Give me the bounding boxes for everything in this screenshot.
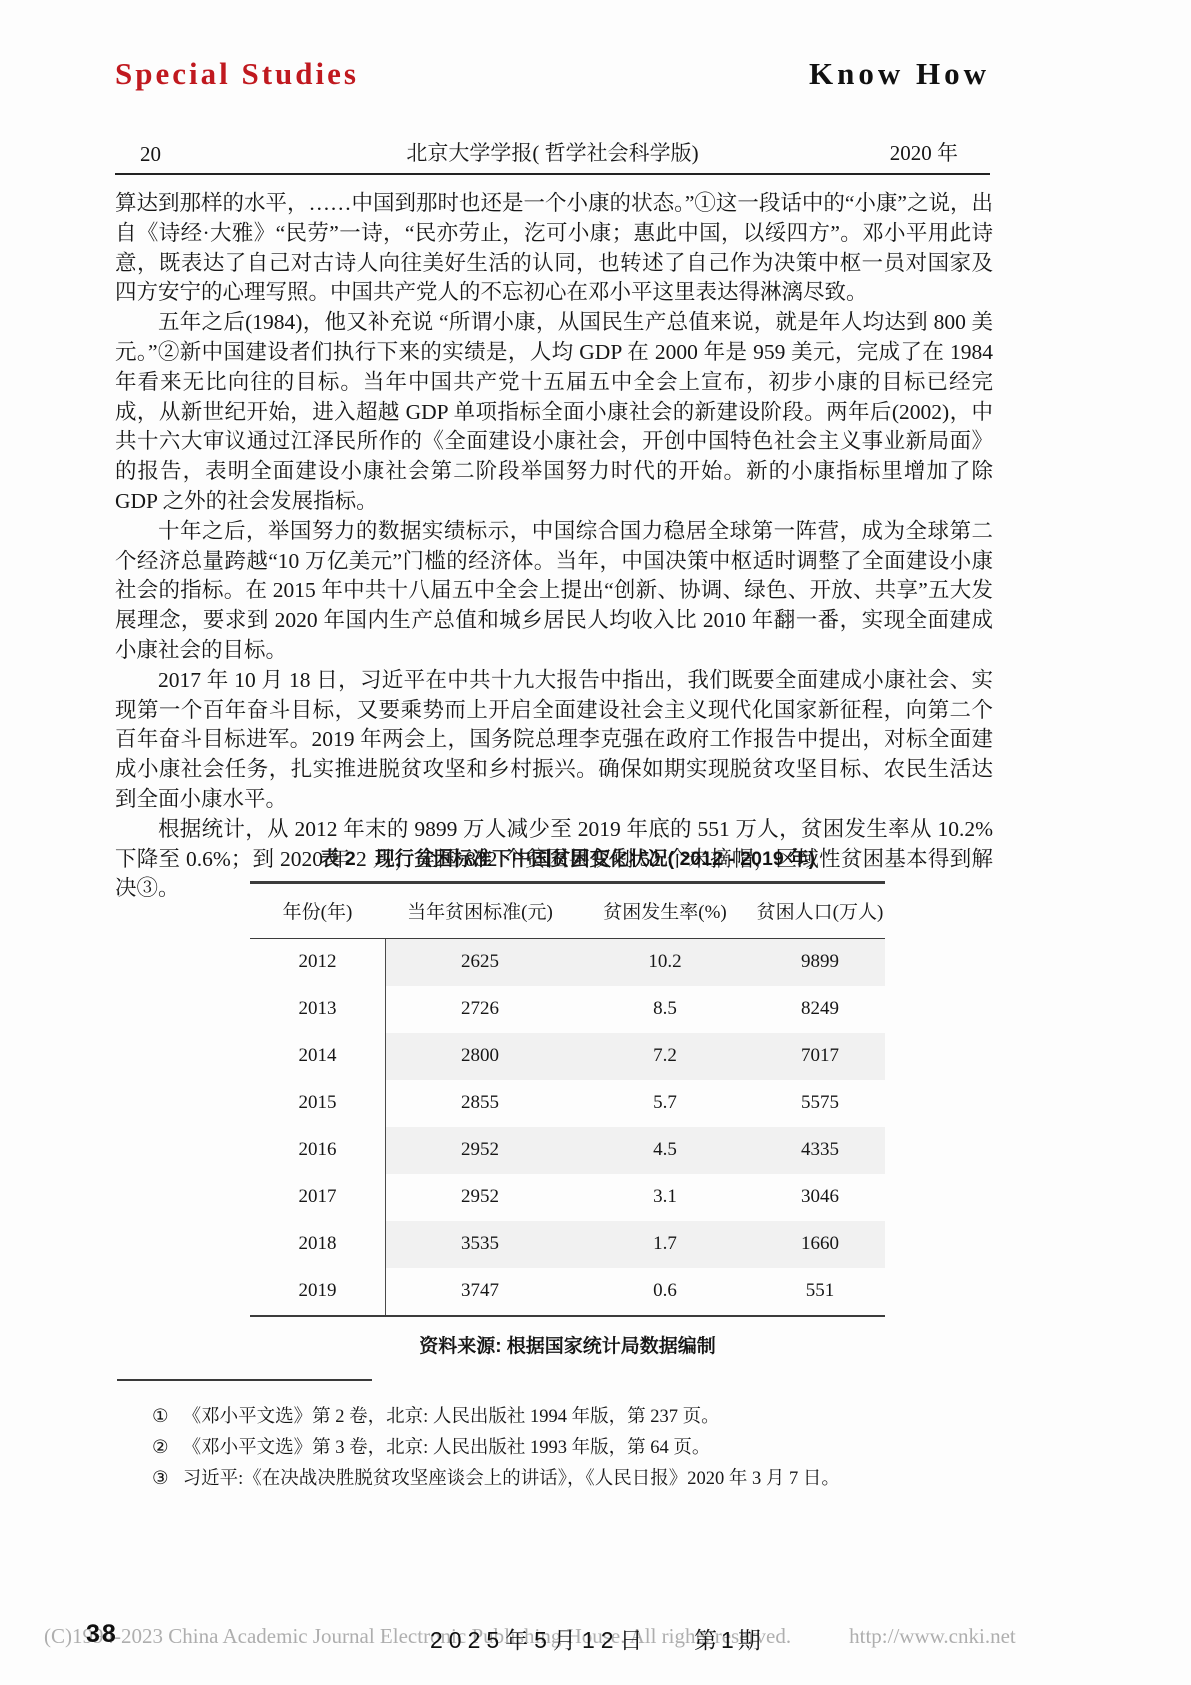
cell-standard: 3535 (385, 1221, 575, 1268)
table-caption: 表 2 现行贫困标准下中国贫困变化状况( 2012 - 2019 年) (250, 843, 885, 871)
paragraph: 五年之后(1984)，他又补充说 “所谓小康，从国民生产总值来说，就是年人均达到… (115, 308, 993, 517)
footer-date: 2025年5月12日 (430, 1622, 649, 1655)
table-row: 2015 2855 5.7 5575 (250, 1080, 885, 1127)
cell-standard: 2952 (385, 1174, 575, 1221)
cell-rate: 0.6 (575, 1268, 755, 1315)
cell-population: 4335 (755, 1127, 885, 1174)
table-row: 2016 2952 4.5 4335 (250, 1127, 885, 1174)
footnote-text: 习近平:《在决战决胜脱贫攻坚座谈会上的讲话》，《人民日报》2020 年 3 月 … (183, 1464, 993, 1495)
cell-population: 5575 (755, 1080, 885, 1127)
cell-standard: 2625 (385, 939, 575, 986)
cell-rate: 4.5 (575, 1127, 755, 1174)
cell-rate: 8.5 (575, 986, 755, 1033)
footnote: ③ 习近平:《在决战决胜脱贫攻坚座谈会上的讲话》，《人民日报》2020 年 3 … (115, 1464, 993, 1495)
paragraph: 2017 年 10 月 18 日，习近平在中共十九大报告中指出，我们既要全面建成… (115, 666, 993, 815)
section-label: Special Studies (115, 56, 359, 92)
pdf-page-number: 38 (86, 1620, 118, 1649)
cell-year: 2018 (250, 1221, 385, 1268)
table-row: 2013 2726 8.5 8249 (250, 986, 885, 1033)
footnotes: ① 《邓小平文选》第 2 卷，北京: 人民出版社 1994 年版，第 237 页… (115, 1402, 993, 1495)
cell-population: 7017 (755, 1033, 885, 1080)
journal-title: 北京大学学报( 哲学社会科学版) (115, 137, 990, 167)
eyebrow-header: Special Studies Know How (115, 56, 990, 92)
table-source: 资料来源: 根据国家统计局数据编制 (250, 1331, 885, 1358)
column-header-population: 贫困人口(万人) (755, 897, 885, 924)
column-header-rate: 贫困发生率(%) (575, 897, 755, 924)
cell-year: 2013 (250, 986, 385, 1033)
footnote-text: 《邓小平文选》第 3 卷，北京: 人民出版社 1993 年版，第 64 页。 (183, 1433, 993, 1464)
cell-standard: 3747 (385, 1268, 575, 1315)
cell-rate: 7.2 (575, 1033, 755, 1080)
column-label: Know How (809, 56, 990, 92)
cell-population: 3046 (755, 1174, 885, 1221)
watermark-url: http://www.cnki.net (849, 1624, 1016, 1649)
column-header-year: 年份(年) (250, 897, 385, 924)
cell-rate: 10.2 (575, 939, 755, 986)
cell-standard: 2800 (385, 1033, 575, 1080)
cell-year: 2019 (250, 1268, 385, 1315)
cell-rate: 1.7 (575, 1221, 755, 1268)
watermark-text: (C)1994-2023 China Academic Journal Elec… (44, 1624, 791, 1649)
article-body: 算达到那样的水平，……中国到那时也还是一个小康的状态。”①这一段话中的“小康”之… (115, 189, 993, 904)
footnote: ① 《邓小平文选》第 2 卷，北京: 人民出版社 1994 年版，第 237 页… (115, 1402, 993, 1433)
cell-year: 2014 (250, 1033, 385, 1080)
running-head: 20 北京大学学报( 哲学社会科学版) 2020 年 (115, 141, 990, 175)
cell-standard: 2726 (385, 986, 575, 1033)
footnote-separator (117, 1379, 372, 1381)
footnote: ② 《邓小平文选》第 3 卷，北京: 人民出版社 1993 年版，第 64 页。 (115, 1433, 993, 1464)
paragraph: 十年之后，举国努力的数据实绩标示，中国综合国力稳居全球第一阵营，成为全球第二个经… (115, 517, 993, 666)
footer-issue: 第1期 (694, 1622, 765, 1655)
table-2: 表 2 现行贫困标准下中国贫困变化状况( 2012 - 2019 年) 年份(年… (250, 843, 885, 1358)
table-bottom-rule (250, 1315, 885, 1318)
cell-population: 9899 (755, 939, 885, 986)
table-row: 2019 3747 0.6 551 (250, 1268, 885, 1315)
footnote-marker: ① (152, 1402, 169, 1433)
cell-population: 1660 (755, 1221, 885, 1268)
cell-rate: 5.7 (575, 1080, 755, 1127)
cell-year: 2012 (250, 939, 385, 986)
cell-year: 2016 (250, 1127, 385, 1174)
table-row: 2018 3535 1.7 1660 (250, 1221, 885, 1268)
table-row: 2017 2952 3.1 3046 (250, 1174, 885, 1221)
cell-population: 551 (755, 1268, 885, 1315)
cell-rate: 3.1 (575, 1174, 755, 1221)
table-row: 2012 2625 10.2 9899 (250, 939, 885, 986)
table-row: 2014 2800 7.2 7017 (250, 1033, 885, 1080)
cell-population: 8249 (755, 986, 885, 1033)
cell-year: 2015 (250, 1080, 385, 1127)
footnote-text: 《邓小平文选》第 2 卷，北京: 人民出版社 1994 年版，第 237 页。 (183, 1402, 993, 1433)
column-header-standard: 当年贫困标准(元) (385, 897, 575, 924)
footnote-marker: ② (152, 1433, 169, 1464)
table-header-row: 年份(年) 当年贫困标准(元) 贫困发生率(%) 贫困人口(万人) (250, 884, 885, 938)
cell-standard: 2952 (385, 1127, 575, 1174)
footnote-marker: ③ (152, 1464, 169, 1495)
table-body: 2012 2625 10.2 9899 2013 2726 8.5 8249 2… (250, 939, 885, 1315)
paragraph: 算达到那样的水平，……中国到那时也还是一个小康的状态。”①这一段话中的“小康”之… (115, 189, 993, 308)
cell-year: 2017 (250, 1174, 385, 1221)
journal-page: Special Studies Know How 20 北京大学学报( 哲学社会… (0, 0, 1191, 1685)
journal-year: 2020 年 (890, 137, 958, 167)
cell-standard: 2855 (385, 1080, 575, 1127)
